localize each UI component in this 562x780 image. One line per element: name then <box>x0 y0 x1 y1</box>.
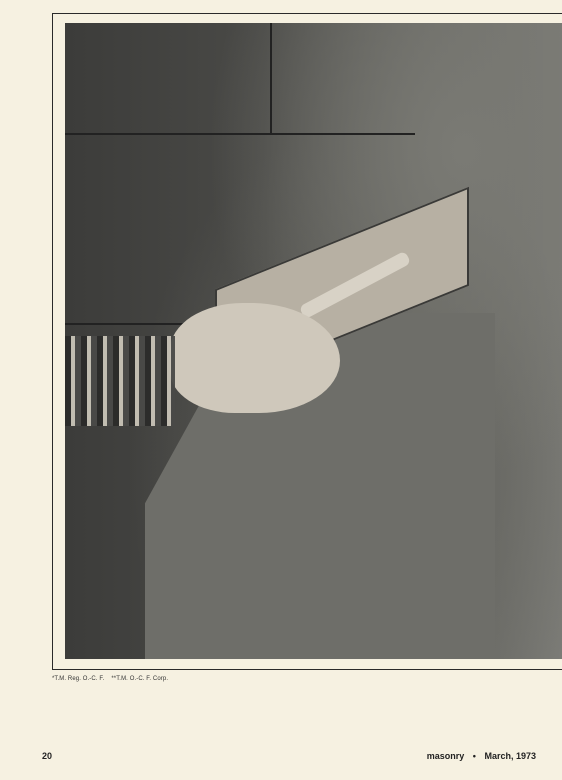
mortar-joint <box>65 323 195 325</box>
issue-date: March, 1973 <box>484 751 536 761</box>
bullet-separator: • <box>473 751 476 761</box>
mortar-joint <box>65 133 415 135</box>
trademark-footnote: *T.M. Reg. O.-C. F. **T.M. O.-C. F. Corp… <box>52 676 168 682</box>
plaid-sleeve <box>65 336 175 426</box>
footnote-mark-1: *T.M. Reg. O.-C. F. <box>52 676 104 682</box>
footnote-mark-2: **T.M. O.-C. F. Corp. <box>111 676 168 682</box>
page-number: 20 <box>42 751 52 761</box>
hand <box>170 303 340 413</box>
running-footer: masonry • March, 1973 <box>427 751 536 761</box>
photograph-wall-trowel <box>65 23 562 659</box>
mortar-joint <box>270 23 272 135</box>
publication-name: masonry <box>427 751 465 761</box>
